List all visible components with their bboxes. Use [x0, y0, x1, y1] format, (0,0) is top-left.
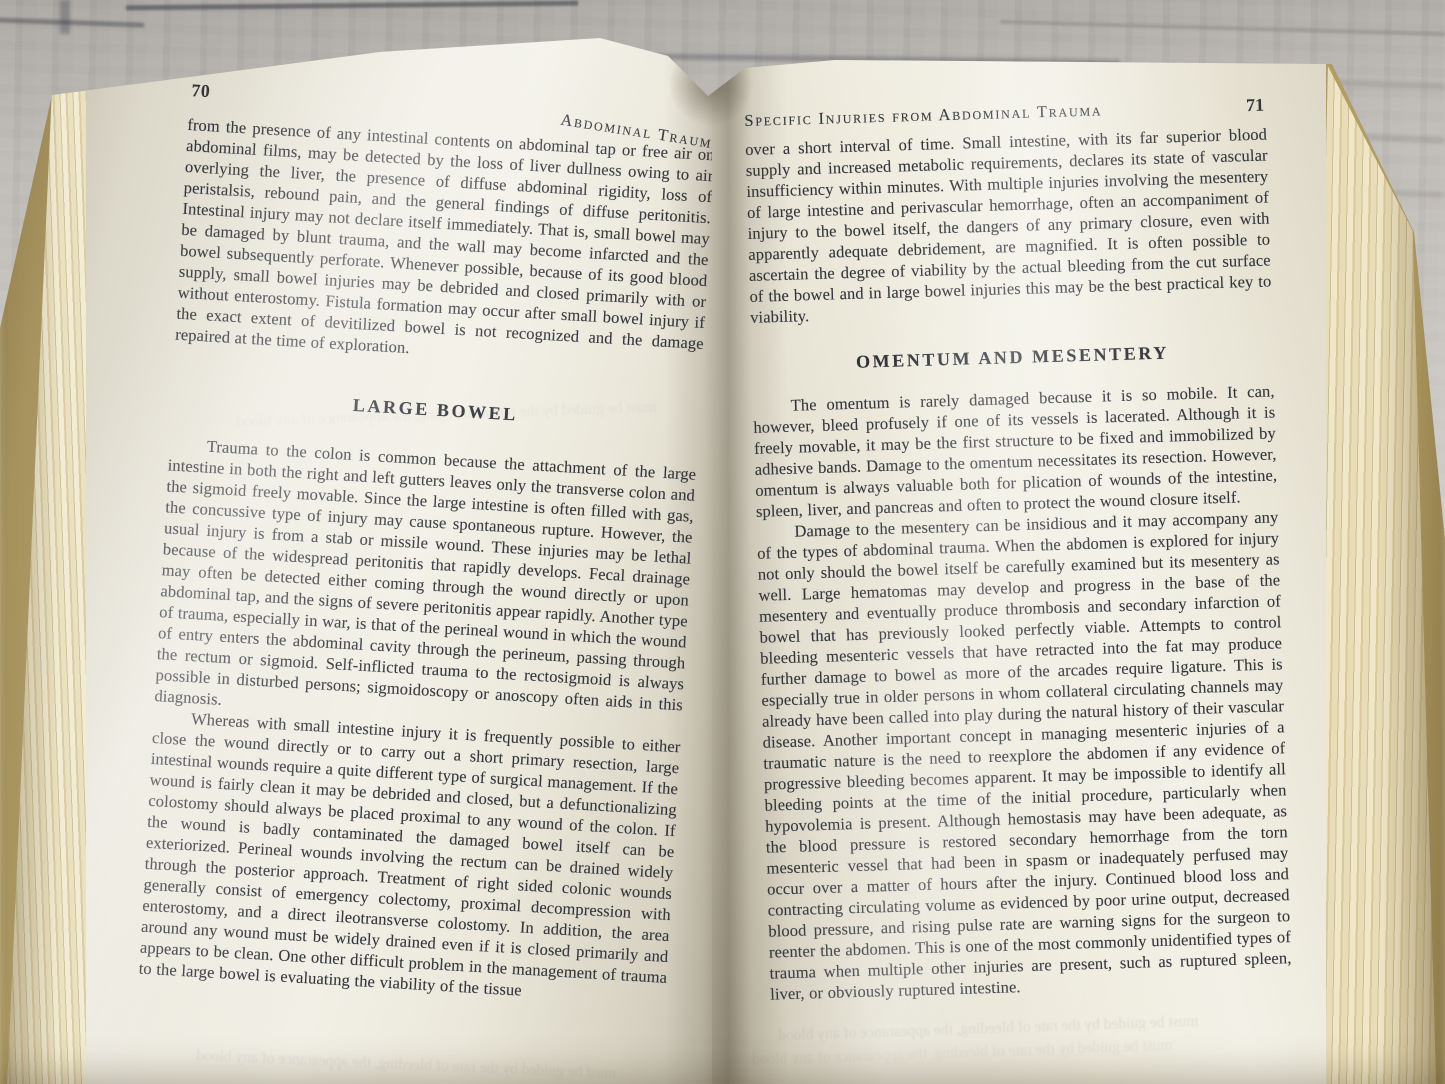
book-photo-scene: 70 Abdominal Trauma from the presence of… [0, 0, 1445, 1084]
body-paragraph: over a short interval of time. Small int… [745, 124, 1272, 328]
section-heading-omentum-mesentery: OMENTUM AND MESENTERY [751, 339, 1273, 375]
left-page-text-block: 70 Abdominal Trauma from the presence of… [138, 80, 717, 1009]
running-head-right: Specific Injuries from Abdominal Trauma [744, 100, 1103, 131]
show-through-ghost-text: must be guided by the rate of bleeding, … [778, 1013, 1199, 1046]
section-heading-large-bowel: LARGE BOWEL [171, 384, 699, 435]
open-book: 70 Abdominal Trauma from the presence of… [0, 0, 1445, 1084]
show-through-ghost-text: must be guided by the rate of bleeding, … [196, 1047, 617, 1083]
body-paragraph: from the presence of any intestinal cont… [175, 114, 715, 375]
body-paragraph: Whereas with small intestine injury it i… [138, 706, 681, 1009]
body-paragraph: The omentum is rarely damaged because it… [752, 380, 1278, 521]
body-paragraph: Trauma to the colon is common because th… [154, 433, 697, 736]
wall-grout-line [60, 0, 70, 34]
right-page: Specific Injuries from Abdominal Trauma … [712, 14, 1326, 1084]
right-page-text-block: Specific Injuries from Abdominal Trauma … [744, 95, 1292, 1005]
show-through-ghost-text: must be guided by the rate of bleeding, … [752, 1037, 1173, 1070]
page-number-right: 71 [1246, 95, 1265, 117]
left-page: 70 Abdominal Trauma from the presence of… [86, 14, 720, 1084]
body-paragraph: Damage to the mesentery can be insidious… [756, 506, 1292, 1004]
